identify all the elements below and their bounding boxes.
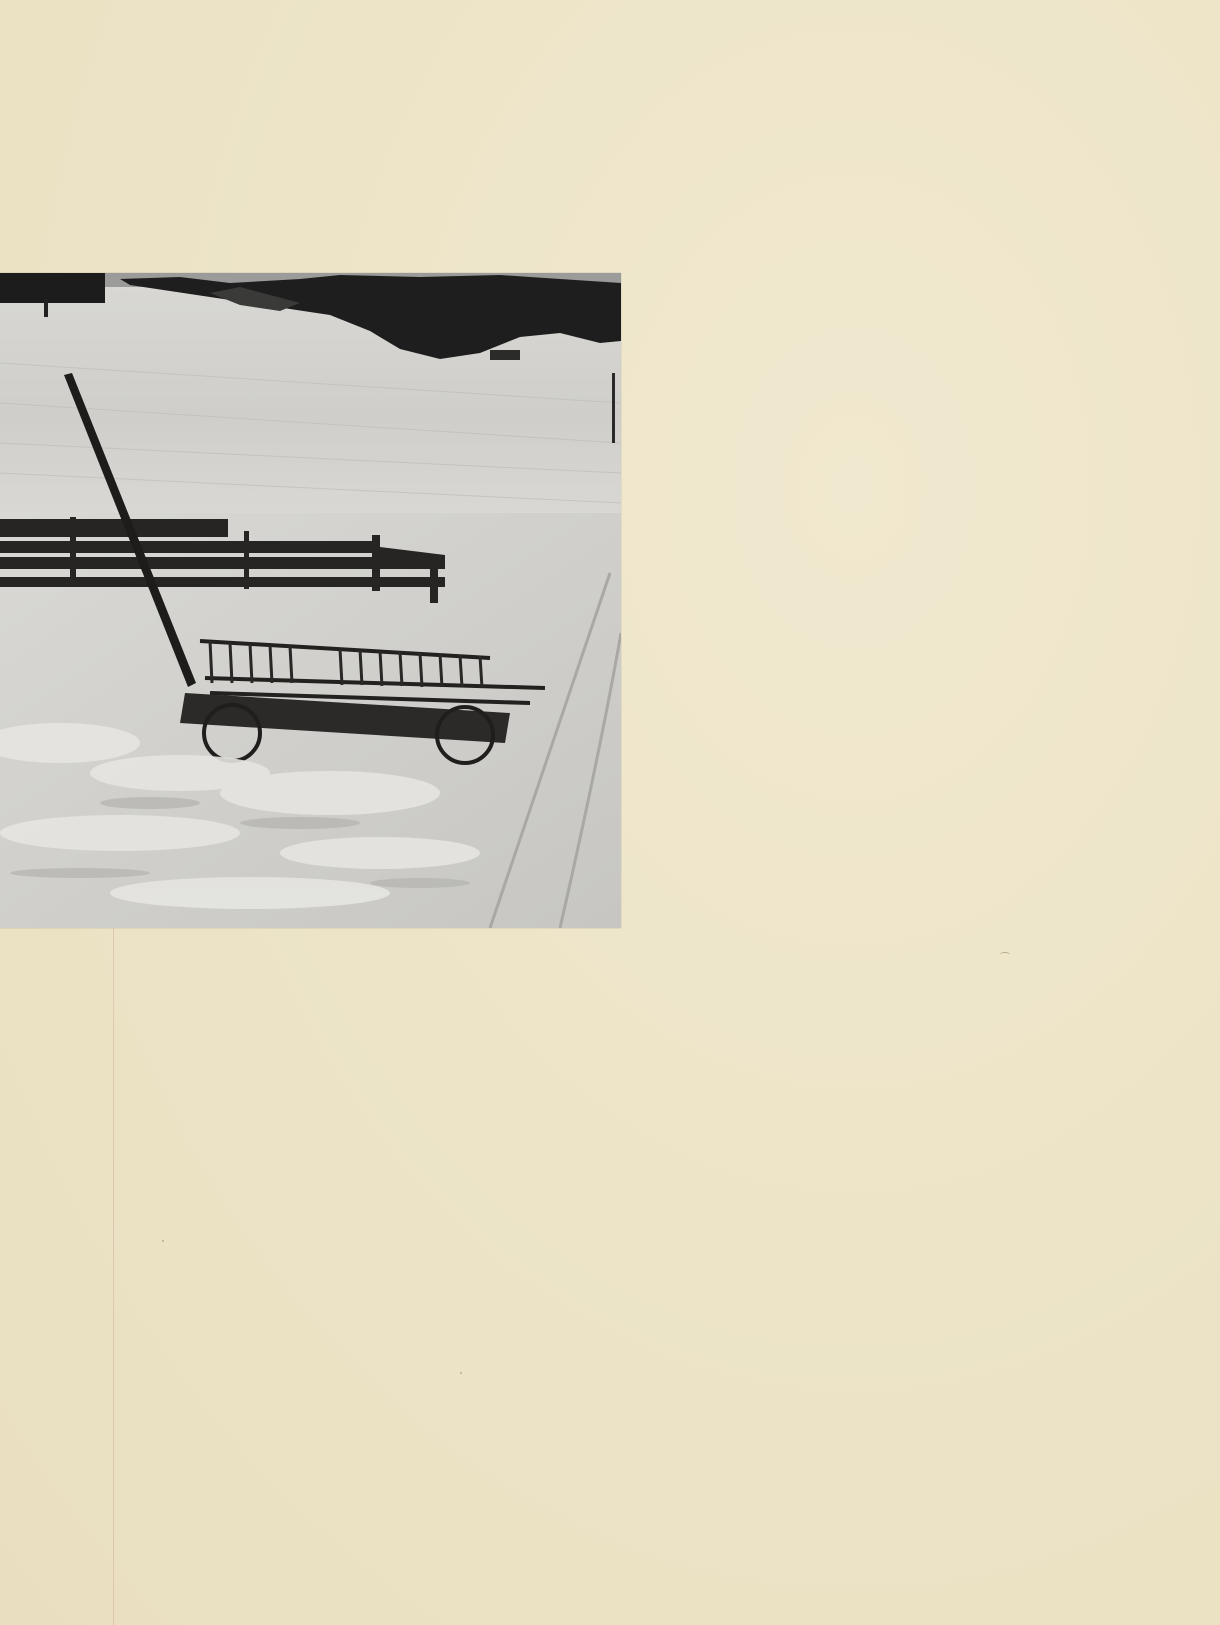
page-margin-line	[113, 928, 114, 1625]
paper-speck	[460, 1372, 462, 1374]
mounted-photograph	[0, 273, 621, 928]
photo-scene	[0, 273, 621, 928]
paper-mark	[1000, 952, 1010, 957]
paper-speck	[162, 1240, 164, 1242]
